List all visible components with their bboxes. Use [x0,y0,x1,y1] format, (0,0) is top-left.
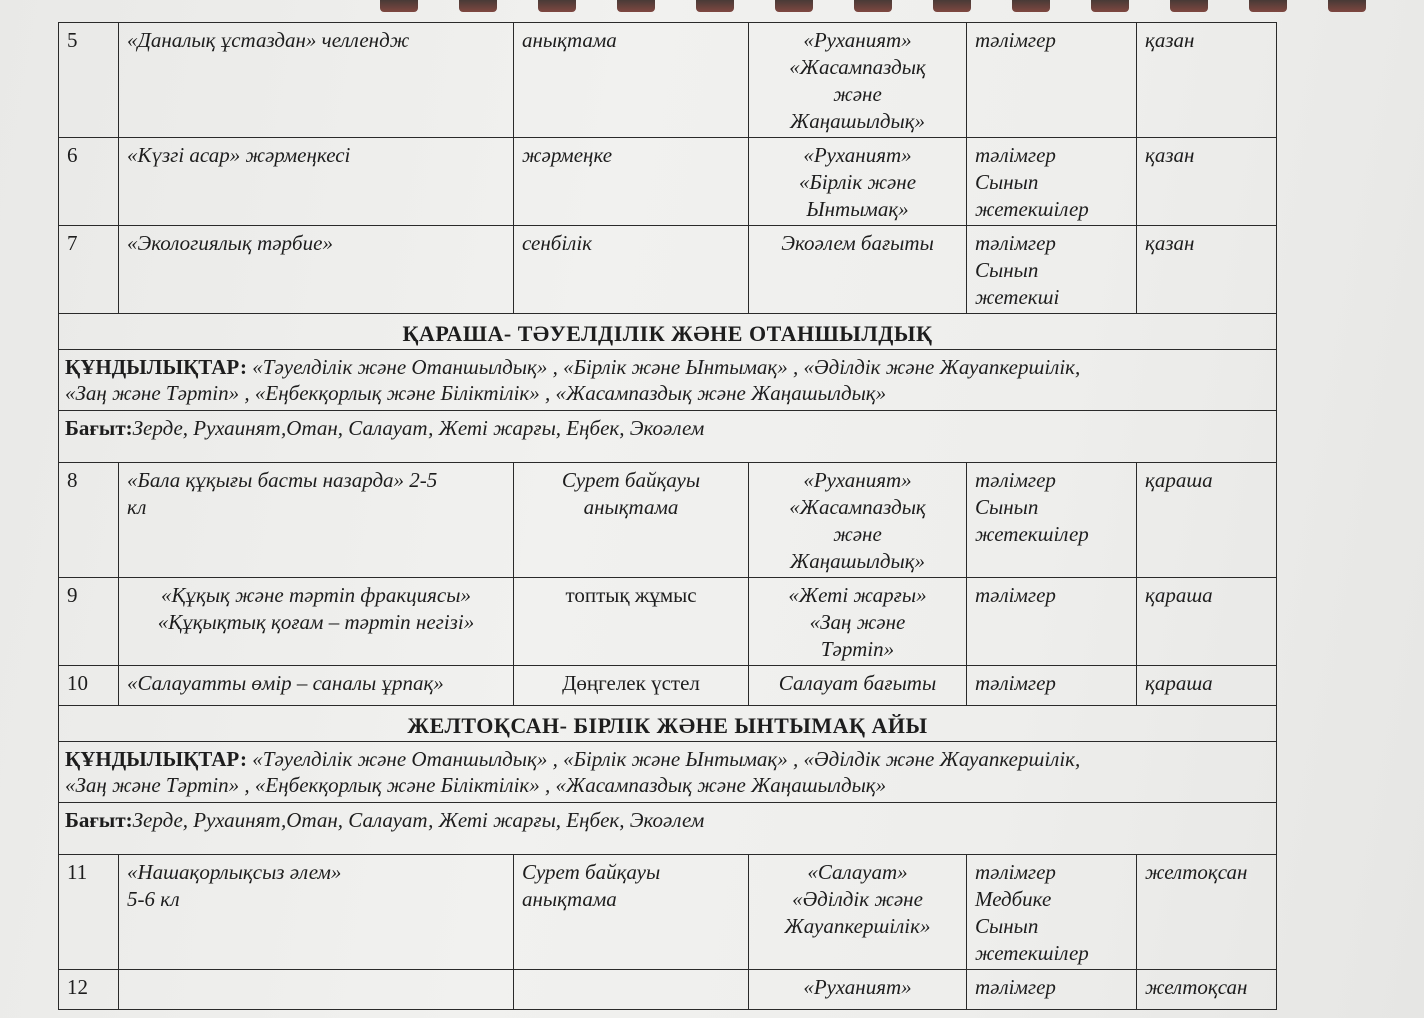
cell-line: Жаңашылдық» [757,108,958,135]
values-text-continued: «Заң және Тәртіп» , «Еңбекқорлық және Бі… [65,381,886,405]
cell-line: «Руханият» [757,27,958,54]
month-cell: қараша [1137,578,1277,666]
event-title-cell: «Экологиялық тәрбие» [119,226,514,314]
cell-line: «Руханият» [757,974,958,1001]
cell-line: «Руханият» [757,467,958,494]
row-number: 6 [59,138,119,226]
cell-line: анықтама [522,494,740,521]
cell-line: «Руханият» [757,142,958,169]
cell-line: тәлімгер [975,582,1128,609]
event-title-cell: «Бала құқығы басты назарда» 2-5кл [119,463,514,578]
values-cell: ҚҰНДЫЛЫҚТАР: «Тәуелділік және Отаншылдық… [59,742,1277,803]
cell-line: «Құқық және тәртіп фракциясы» [127,582,505,609]
cell-line: «Әділдік және [757,886,958,913]
event-direction-cell: «Руханият»«ЖасампаздықжәнеЖаңашылдық» [749,463,967,578]
cell-line: «Жасампаздық [757,54,958,81]
month-heading: ЖЕЛТОҚСАН- БІРЛІК ЖӘНЕ ЫНТЫМАҚ АЙЫ [59,706,1277,742]
cell-line: «Нашақорлықсыз әлем» [127,859,505,886]
cell-line: Сурет байқауы [522,859,740,886]
direction-text: Зерде, Рухаинят,Отан, Салауат, Жеті жарғ… [133,416,705,440]
table-row: 6«Күзгі асар» жәрмеңкесіжәрмеңке«Рухания… [59,138,1277,226]
event-direction-cell: «Жеті жарғы»«Заң жәнеТәртіп» [749,578,967,666]
cell-line: 5-6 кл [127,886,505,913]
event-form-cell: Сурет байқауыанықтама [514,855,749,970]
values-text-continued: «Заң және Тәртіп» , «Еңбекқорлық және Бі… [65,773,886,797]
responsible-cell: тәлімгер [967,970,1137,1010]
event-plan-sheet: 5«Даналық ұстаздан» челленджанықтама«Рух… [58,22,1276,1010]
month-cell: қараша [1137,463,1277,578]
cell-line: тәлімгер [975,974,1128,1001]
event-title-cell: «Салауатты өмір – саналы ұрпақ» [119,666,514,706]
binding-hole [538,0,576,12]
responsible-cell: тәлімгерСыныпжетекші [967,226,1137,314]
cell-line: «Бірлік және [757,169,958,196]
row-number: 5 [59,23,119,138]
cell-line: анықтама [522,27,740,54]
month-cell: желтоқсан [1137,970,1277,1010]
month-cell: қазан [1137,138,1277,226]
binding-hole [696,0,734,12]
cell-line: топтық жұмыс [522,582,740,609]
cell-line: жетекшілер [975,940,1128,967]
cell-line: Экоәлем бағыты [757,230,958,257]
table-row: 7«Экологиялық тәрбие»сенбілікЭкоәлем бағ… [59,226,1277,314]
cell-line: Ынтымақ» [757,196,958,223]
cell-line: «Жеті жарғы» [757,582,958,609]
cell-line: Сурет байқауы [522,467,740,494]
binding-hole [380,0,418,12]
binding-hole [1328,0,1366,12]
binding-hole [854,0,892,12]
cell-line: «Даналық ұстаздан» челлендж [127,27,505,54]
responsible-cell: тәлімгер [967,578,1137,666]
month-cell: қазан [1137,226,1277,314]
values-row: ҚҰНДЫЛЫҚТАР: «Тәуелділік және Отаншылдық… [59,350,1277,411]
responsible-cell: тәлімгерСыныпжетекшілер [967,138,1137,226]
row-number: 7 [59,226,119,314]
binding-hole [1170,0,1208,12]
cell-line: «Заң және [757,609,958,636]
cell-line: Сынып [975,494,1128,521]
cell-line: кл [127,494,505,521]
cell-line: тәлімгер [975,467,1128,494]
event-direction-cell: «Руханият» [749,970,967,1010]
month-heading: ҚАРАША- ТӘУЕЛДІЛІК ЖӘНЕ ОТАНШЫЛДЫҚ [59,314,1277,350]
event-form-cell: анықтама [514,23,749,138]
cell-line: және [757,81,958,108]
cell-line: Медбике [975,886,1128,913]
row-number: 8 [59,463,119,578]
month-heading-row: ҚАРАША- ТӘУЕЛДІЛІК ЖӘНЕ ОТАНШЫЛДЫҚ [59,314,1277,350]
cell-line: «Экологиялық тәрбие» [127,230,505,257]
direction-cell: Бағыт:Зерде, Рухаинят,Отан, Салауат, Жет… [59,803,1277,855]
cell-line: Салауат бағыты [757,670,958,697]
event-form-cell: Сурет байқауыанықтама [514,463,749,578]
event-direction-cell: Салауат бағыты [749,666,967,706]
direction-row: Бағыт:Зерде, Рухаинят,Отан, Салауат, Жет… [59,411,1277,463]
cell-line: «Бала құқығы басты назарда» 2-5 [127,467,505,494]
direction-label: Бағыт: [65,416,133,440]
cell-line: тәлімгер [975,859,1128,886]
row-number: 11 [59,855,119,970]
cell-line: сенбілік [522,230,740,257]
event-title-cell: «Нашақорлықсыз әлем»5-6 кл [119,855,514,970]
values-cell: ҚҰНДЫЛЫҚТАР: «Тәуелділік және Отаншылдық… [59,350,1277,411]
cell-line: «Жасампаздық [757,494,958,521]
cell-line: тәлімгер [975,230,1128,257]
month-cell: қараша [1137,666,1277,706]
table-row: 5«Даналық ұстаздан» челленджанықтама«Рух… [59,23,1277,138]
direction-label: Бағыт: [65,808,133,832]
values-label: ҚҰНДЫЛЫҚТАР: [65,747,247,771]
cell-line: жетекші [975,284,1128,311]
spiral-binding [380,0,1424,14]
table-row: 9«Құқық және тәртіп фракциясы»«Құқықтық … [59,578,1277,666]
event-form-cell: сенбілік [514,226,749,314]
binding-hole [459,0,497,12]
values-label: ҚҰНДЫЛЫҚТАР: [65,355,247,379]
cell-line: жетекшілер [975,196,1128,223]
month-heading-row: ЖЕЛТОҚСАН- БІРЛІК ЖӘНЕ ЫНТЫМАҚ АЙЫ [59,706,1277,742]
cell-line: және [757,521,958,548]
cell-line: «Құқықтық қоғам – тәртіп негізі» [127,609,505,636]
cell-line: тәлімгер [975,670,1128,697]
cell-line: Жауапкершілік» [757,913,958,940]
binding-hole [1249,0,1287,12]
binding-hole [1012,0,1050,12]
cell-line: «Салауатты өмір – саналы ұрпақ» [127,670,505,697]
direction-row: Бағыт:Зерде, Рухаинят,Отан, Салауат, Жет… [59,803,1277,855]
cell-line: Сынып [975,913,1128,940]
cell-line: жәрмеңке [522,142,740,169]
direction-text: Зерде, Рухаинят,Отан, Салауат, Жеті жарғ… [133,808,705,832]
cell-line: Сынып [975,257,1128,284]
event-title-cell: «Даналық ұстаздан» челлендж [119,23,514,138]
cell-line: тәлімгер [975,27,1128,54]
event-direction-cell: «Салауат»«Әділдік жәнеЖауапкершілік» [749,855,967,970]
event-form-cell [514,970,749,1010]
event-title-cell: «Құқық және тәртіп фракциясы»«Құқықтық қ… [119,578,514,666]
binding-hole [933,0,971,12]
row-number: 10 [59,666,119,706]
event-form-cell: топтық жұмыс [514,578,749,666]
cell-line: Тәртіп» [757,636,958,663]
month-cell: желтоқсан [1137,855,1277,970]
event-title-cell: «Күзгі асар» жәрмеңкесі [119,138,514,226]
values-text: «Тәуелділік және Отаншылдық» , «Бірлік ж… [247,355,1080,379]
event-plan-table: 5«Даналық ұстаздан» челленджанықтама«Рух… [58,22,1277,1010]
event-title-cell [119,970,514,1010]
event-direction-cell: Экоәлем бағыты [749,226,967,314]
binding-hole [775,0,813,12]
responsible-cell: тәлімгерСыныпжетекшілер [967,463,1137,578]
table-row: 12«Руханият»тәлімгержелтоқсан [59,970,1277,1010]
event-direction-cell: «Руханият»«Бірлік жәнеЫнтымақ» [749,138,967,226]
event-direction-cell: «Руханият»«ЖасампаздықжәнеЖаңашылдық» [749,23,967,138]
table-row: 11«Нашақорлықсыз әлем»5-6 клСурет байқау… [59,855,1277,970]
table-row: 10«Салауатты өмір – саналы ұрпақ»Дөңгеле… [59,666,1277,706]
event-form-cell: Дөңгелек үстел [514,666,749,706]
cell-line: «Салауат» [757,859,958,886]
responsible-cell: тәлімгерМедбикеСыныпжетекшілер [967,855,1137,970]
event-form-cell: жәрмеңке [514,138,749,226]
row-number: 9 [59,578,119,666]
binding-hole [617,0,655,12]
cell-line: «Күзгі асар» жәрмеңкесі [127,142,505,169]
cell-line: Дөңгелек үстел [522,670,740,697]
responsible-cell: тәлімгер [967,23,1137,138]
responsible-cell: тәлімгер [967,666,1137,706]
values-row: ҚҰНДЫЛЫҚТАР: «Тәуелділік және Отаншылдық… [59,742,1277,803]
row-number: 12 [59,970,119,1010]
direction-cell: Бағыт:Зерде, Рухаинят,Отан, Салауат, Жет… [59,411,1277,463]
cell-line: Жаңашылдық» [757,548,958,575]
values-text: «Тәуелділік және Отаншылдық» , «Бірлік ж… [247,747,1080,771]
cell-line: жетекшілер [975,521,1128,548]
month-cell: қазан [1137,23,1277,138]
cell-line: тәлімгер [975,142,1128,169]
cell-line: Сынып [975,169,1128,196]
table-row: 8«Бала құқығы басты назарда» 2-5клСурет … [59,463,1277,578]
binding-hole [1091,0,1129,12]
cell-line: анықтама [522,886,740,913]
